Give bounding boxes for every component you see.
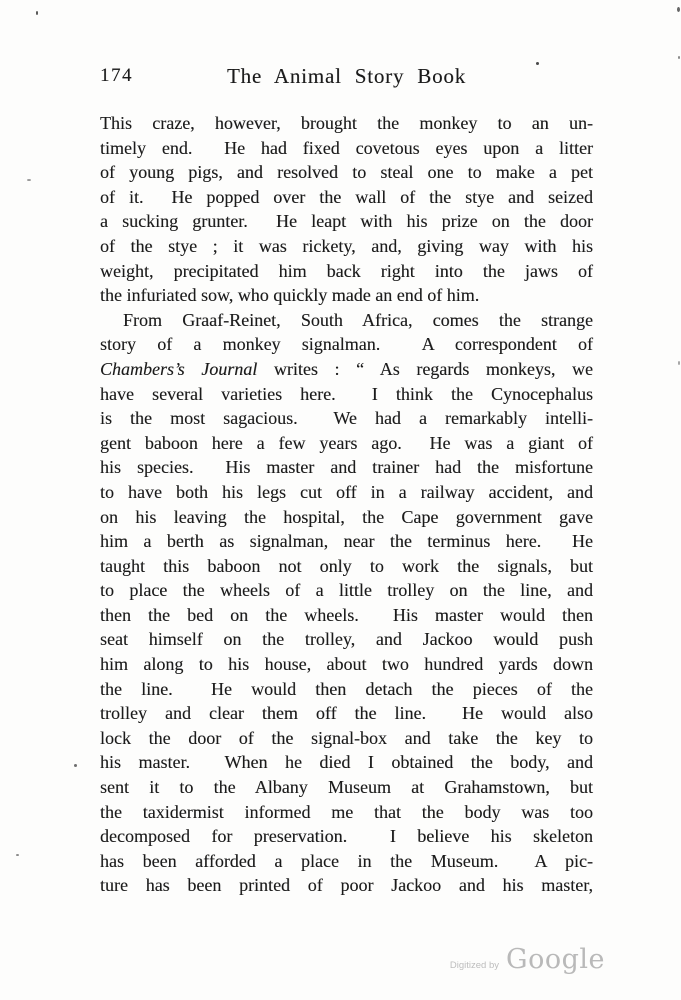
scan-speck (536, 62, 539, 65)
text-line: seat himself on the trolley, and Jackoo … (100, 627, 593, 652)
text-line: him a berth as signalman, near the termi… (100, 529, 593, 554)
text-line: to have both his legs cut off in a railw… (100, 480, 593, 505)
paragraph: From Graaf-Reinet, South Africa, comes t… (100, 308, 593, 898)
scan-speck (74, 764, 77, 767)
text-segment: of it. He popped over the wall of the st… (100, 187, 593, 207)
italic-text-segment: Chambers’s Journal (100, 359, 257, 379)
text-segment: the infuriated sow, who quickly made an … (100, 285, 479, 305)
text-segment: gent baboon here a few years ago. He was… (100, 433, 593, 453)
scan-speck (678, 361, 680, 365)
digitized-footer: Digitized by Google (0, 946, 605, 973)
text-line: of it. He popped over the wall of the st… (100, 185, 593, 210)
text-segment: story of a monkey signalman. A correspon… (100, 334, 593, 354)
text-line: trolley and clear them off the line. He … (100, 701, 593, 726)
text-line: the taxidermist informed me that the bod… (100, 800, 593, 825)
text-line: Chambers’s Journal writes : “ As regards… (100, 357, 593, 382)
text-segment: timely end. He had fixed covetous eyes u… (100, 138, 593, 158)
text-segment: decomposed for preservation. I believe h… (100, 826, 593, 846)
text-segment: seat himself on the trolley, and Jackoo … (100, 629, 593, 649)
text-line: decomposed for preservation. I believe h… (100, 824, 593, 849)
google-logo: Google (506, 946, 605, 973)
text-line: have several varieties here. I think the… (100, 382, 593, 407)
text-line: sent it to the Albany Museum at Grahamst… (100, 775, 593, 800)
running-title: The Animal Story Book (227, 64, 466, 88)
text-segment: ture has been printed of poor Jackoo and… (100, 875, 593, 895)
text-segment: have several varieties here. I think the… (100, 384, 593, 404)
text-segment: to place the wheels of a little trolley … (100, 580, 593, 600)
text-segment: the taxidermist informed me that the bod… (100, 802, 593, 822)
text-segment: is the most sagacious. We had a remarkab… (100, 408, 593, 428)
text-line: From Graaf-Reinet, South Africa, comes t… (100, 308, 593, 333)
text-line: weight, precipitated him back right into… (100, 259, 593, 284)
text-segment: to have both his legs cut off in a railw… (100, 482, 593, 502)
text-line: This craze, however, brought the monkey … (100, 111, 593, 136)
text-segment: then the bed on the wheels. His master w… (100, 605, 593, 625)
text-segment: trolley and clear them off the line. He … (100, 703, 593, 723)
text-segment: him a berth as signalman, near the termi… (100, 531, 593, 551)
page-header: 174 The Animal Story Book (100, 64, 593, 89)
text-line: the infuriated sow, who quickly made an … (100, 283, 593, 308)
text-segment: his species. His master and trainer had … (100, 457, 593, 477)
text-segment: on his leaving the hospital, the Cape go… (100, 507, 593, 527)
text-line: is the most sagacious. We had a remarkab… (100, 406, 593, 431)
scan-speck (27, 179, 31, 181)
scan-speck (16, 854, 19, 856)
text-segment: him along to his house, about two hundre… (100, 654, 593, 674)
digitized-by-label: Digitized by (450, 960, 499, 971)
text-segment: a sucking grunter. He leapt with his pri… (100, 211, 593, 231)
text-line: then the bed on the wheels. His master w… (100, 603, 593, 628)
text-segment: the line. He would then detach the piece… (100, 679, 593, 699)
book-page: 174 The Animal Story Book This craze, ho… (0, 0, 681, 1000)
body-text: This craze, however, brought the monkey … (100, 111, 593, 898)
text-segment: weight, precipitated him back right into… (100, 261, 593, 281)
text-line: on his leaving the hospital, the Cape go… (100, 505, 593, 530)
scan-speck (36, 11, 38, 15)
text-line: of young pigs, and resolved to steal one… (100, 160, 593, 185)
text-segment: From Graaf-Reinet, South Africa, comes t… (123, 310, 593, 330)
text-line: lock the door of the signal-box and take… (100, 726, 593, 751)
text-segment: of young pigs, and resolved to steal one… (100, 162, 593, 182)
text-line: gent baboon here a few years ago. He was… (100, 431, 593, 456)
text-line: timely end. He had fixed covetous eyes u… (100, 136, 593, 161)
text-segment: writes : “ As regards monkeys, we (257, 359, 593, 379)
text-segment: This craze, however, brought the monkey … (100, 113, 593, 133)
text-line: story of a monkey signalman. A correspon… (100, 332, 593, 357)
text-segment: lock the door of the signal-box and take… (100, 728, 593, 748)
text-line: ture has been printed of poor Jackoo and… (100, 873, 593, 898)
text-line: taught this baboon not only to work the … (100, 554, 593, 579)
scan-speck (677, 7, 680, 12)
text-line: to place the wheels of a little trolley … (100, 578, 593, 603)
scan-speck (678, 56, 680, 59)
text-segment: of the stye ; it was rickety, and, givin… (100, 236, 593, 256)
text-line: the line. He would then detach the piece… (100, 677, 593, 702)
text-segment: his master. When he died I obtained the … (100, 752, 593, 772)
text-line: his species. His master and trainer had … (100, 455, 593, 480)
text-line: him along to his house, about two hundre… (100, 652, 593, 677)
text-segment: has been afforded a place in the Museum.… (100, 851, 593, 871)
text-line: of the stye ; it was rickety, and, givin… (100, 234, 593, 259)
text-line: has been afforded a place in the Museum.… (100, 849, 593, 874)
page-number: 174 (100, 65, 133, 87)
text-segment: sent it to the Albany Museum at Grahamst… (100, 777, 593, 797)
paragraph: This craze, however, brought the monkey … (100, 111, 593, 308)
text-line: his master. When he died I obtained the … (100, 750, 593, 775)
text-segment: taught this baboon not only to work the … (100, 556, 593, 576)
text-line: a sucking grunter. He leapt with his pri… (100, 209, 593, 234)
